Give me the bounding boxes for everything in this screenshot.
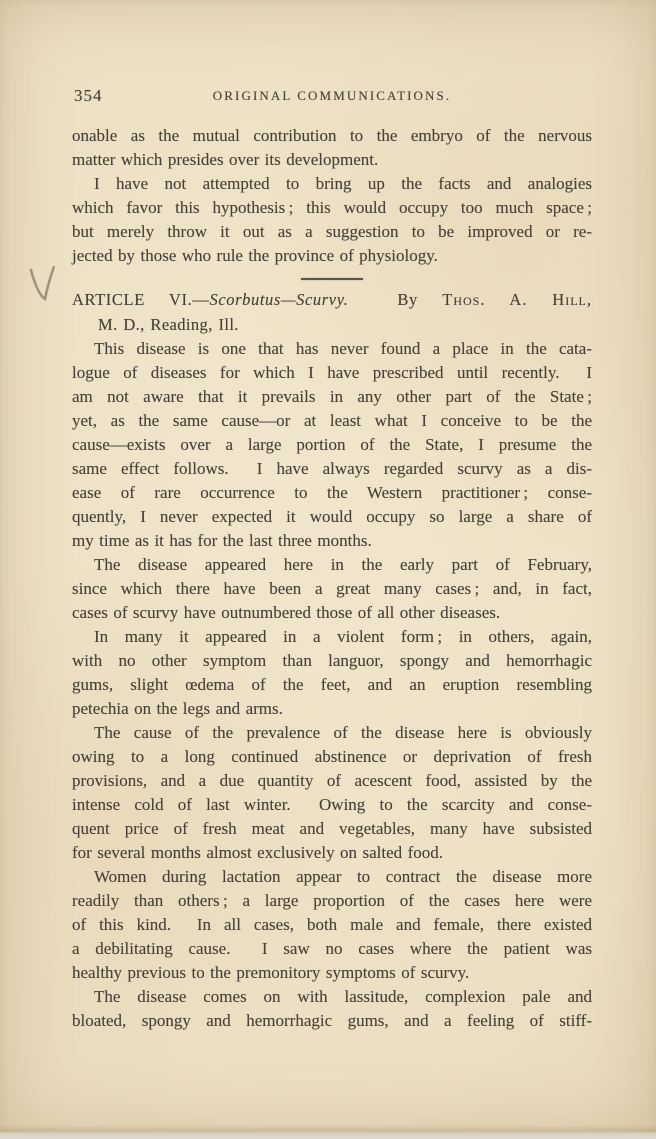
text-line: cause—exists over a large portion of the… <box>72 433 592 457</box>
text-line: I have not attempted to bring up the fac… <box>72 172 592 196</box>
text-line: quent price of fresh meat and vegetables… <box>72 817 592 841</box>
text-line: logue of diseases for which I have presc… <box>72 361 592 385</box>
section-divider <box>301 278 363 280</box>
text-line: owing to a long continued abstinence or … <box>72 745 592 769</box>
article-heading-line-1: ARTICLE VI.—Scorbutus—Scurvy. By Thos. A… <box>72 287 592 312</box>
page-bottom-edge <box>0 1125 656 1139</box>
text-line: onable as the mutual contribution to the… <box>72 124 592 148</box>
text-column: onable as the mutual contribution to the… <box>72 124 592 1033</box>
text-line: This disease is one that has never found… <box>72 337 592 361</box>
text-line: but merely throw it out as a suggestion … <box>72 220 592 244</box>
text-line: for several months almost exclusively on… <box>72 841 592 865</box>
text-line: ease of rare occurrence to the Western p… <box>72 481 592 505</box>
running-head: ORIGINAL COMMUNICATIONS. <box>72 88 592 104</box>
text-line: gums, slight œdema of the feet, and an e… <box>72 673 592 697</box>
text-line: jected by those who rule the province of… <box>72 244 592 268</box>
pencil-checkmark-icon <box>25 264 61 306</box>
heading-segment: ARTICLE VI.— <box>72 290 209 309</box>
text-line: same effect follows. I have always regar… <box>72 457 592 481</box>
text-line: In many it appeared in a violent form ; … <box>72 625 592 649</box>
text-line: a debilitating cause. I saw no cases whe… <box>72 937 592 961</box>
text-line: intense cold of last winter. Owing to th… <box>72 793 592 817</box>
text-line: The cause of the prevalence of the disea… <box>72 721 592 745</box>
text-line: readily than others ; a large proportion… <box>72 889 592 913</box>
article-heading-line-2: M. D., Reading, Ill. <box>72 312 592 337</box>
heading-segment: Scorbutus—Scurvy. <box>209 290 348 309</box>
text-line: cases of scurvy have outnumbered those o… <box>72 601 592 625</box>
text-line: Women during lactation appear to contrac… <box>72 865 592 889</box>
heading-segment: Thos. A. Hill, <box>442 290 592 309</box>
text-line: since which there have been a great many… <box>72 577 592 601</box>
heading-segment: By <box>348 290 442 309</box>
text-line: of this kind. In all cases, both male an… <box>72 913 592 937</box>
text-line: The disease appeared here in the early p… <box>72 553 592 577</box>
text-line: healthy previous to the premonitory symp… <box>72 961 592 985</box>
text-line: quently, I never expected it would occup… <box>72 505 592 529</box>
text-line: with no other symptom than languor, spon… <box>72 649 592 673</box>
text-line: which favor this hypothesis ; this would… <box>72 196 592 220</box>
text-line: provisions, and a due quantity of acesce… <box>72 769 592 793</box>
page-header: 354 ORIGINAL COMMUNICATIONS. <box>72 86 592 108</box>
text-line: yet, as the same cause—or at least what … <box>72 409 592 433</box>
text-line: petechia on the legs and arms. <box>72 697 592 721</box>
text-line: my time as it has for the last three mon… <box>72 529 592 553</box>
text-line: The disease comes on with lassitude, com… <box>72 985 592 1009</box>
text-line: matter which presides over its developme… <box>72 148 592 172</box>
text-line: bloated, spongy and hemorrhagic gums, an… <box>72 1009 592 1033</box>
text-line: am not aware that it prevails in any oth… <box>72 385 592 409</box>
